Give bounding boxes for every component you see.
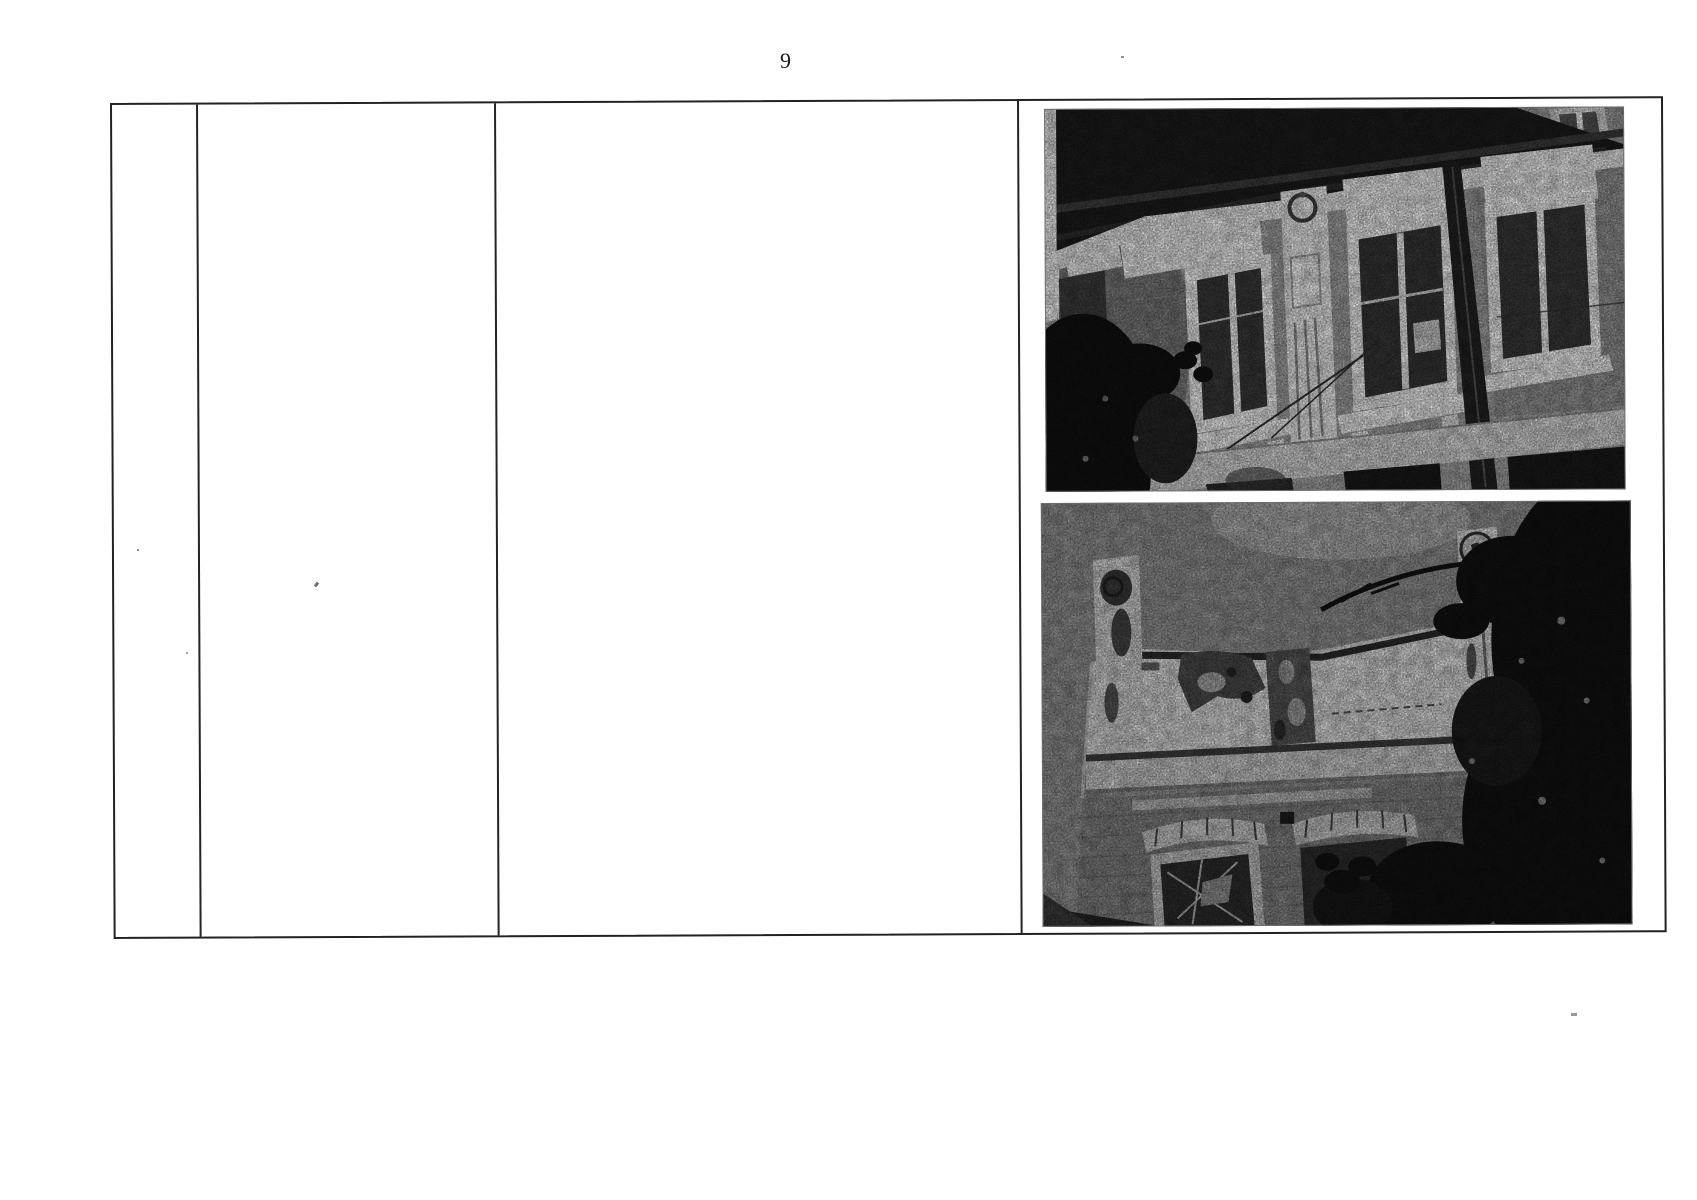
table-cell-1 (112, 105, 202, 937)
table-cell-2 (198, 103, 500, 936)
building-photo-bottom (1041, 500, 1633, 927)
facade-corner-illustration (1041, 500, 1633, 927)
report-table (110, 96, 1667, 939)
scan-speck (186, 652, 188, 654)
scanned-document-page: 9 (0, 0, 1697, 1200)
scan-speck (1121, 56, 1124, 58)
building-photo-top (1044, 106, 1626, 492)
facade-upper-illustration (1044, 106, 1626, 492)
scan-speck (1571, 1013, 1577, 1016)
page-number: 9 (780, 50, 792, 72)
scan-speck (137, 549, 139, 551)
table-cell-3 (496, 101, 1023, 935)
table-cell-photos (1019, 98, 1665, 933)
